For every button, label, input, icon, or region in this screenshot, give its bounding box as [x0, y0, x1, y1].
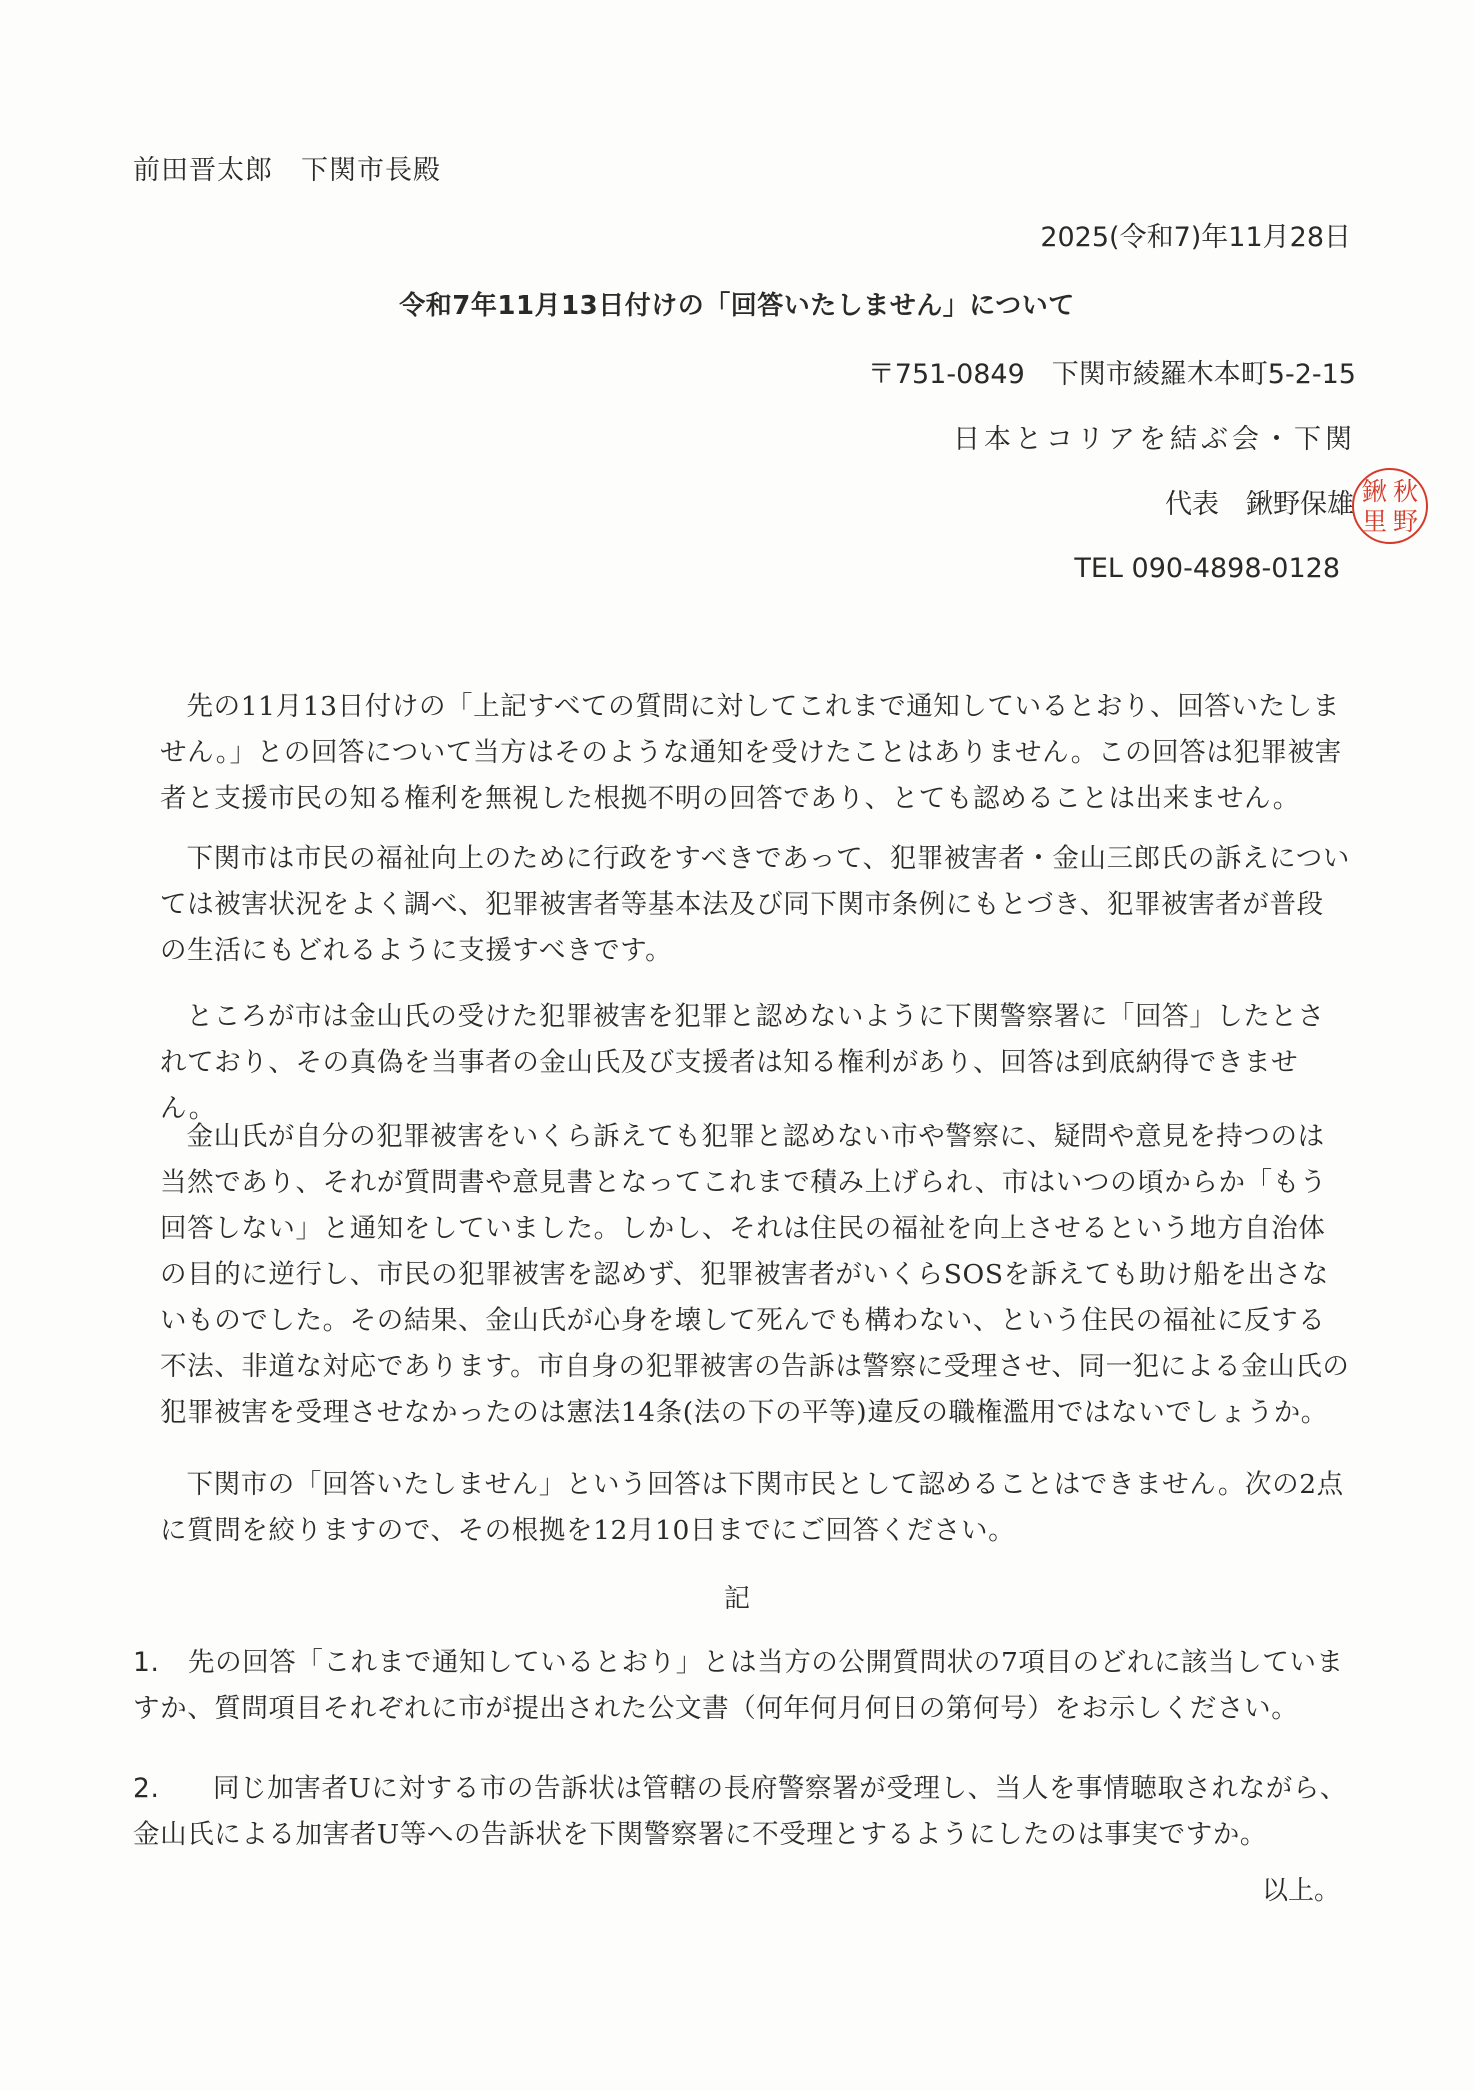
personal-seal-icon: 鍬 秋 里 野 — [1352, 468, 1428, 544]
letter-date: 2025(令和7)年11月28日 — [1040, 215, 1351, 254]
seal-char: 里 — [1359, 506, 1390, 536]
question-number: 1. — [133, 1640, 188, 1686]
body-paragraph-2: 下関市は市民の福祉向上のために行政をすべきであって、犯罪被害者・金山三郎氏の訴え… — [160, 836, 1350, 974]
sender-organization: 日本とコリアを結ぶ会・下関 — [953, 417, 1356, 456]
seal-char: 鍬 — [1359, 476, 1390, 506]
question-number: 2. — [133, 1766, 213, 1812]
paragraph-text: 先の11月13日付けの「上記すべての質問に対してこれまで通知しているとおり、回答… — [160, 684, 1350, 822]
paragraph-text: ところが市は金山氏の受けた犯罪被害を犯罪と認めないように下関警察署に「回答」した… — [160, 994, 1350, 1132]
letter-page: 前田晋太郎 下関市長殿 2025(令和7)年11月28日 令和7年11月13日付… — [0, 0, 1474, 2091]
body-paragraph-3: ところが市は金山氏の受けた犯罪被害を犯罪と認めないように下関警察署に「回答」した… — [160, 994, 1350, 1132]
paragraph-text: 下関市の「回答いたしません」という回答は下関市民として認めることはできません。次… — [160, 1462, 1350, 1554]
ki-heading: 記 — [0, 1578, 1474, 1615]
paragraph-text: 金山氏が自分の犯罪被害をいくら訴えても犯罪と認めない市や警察に、疑問や意見を持つ… — [160, 1114, 1350, 1436]
paragraph-text: 下関市は市民の福祉向上のために行政をすべきであって、犯罪被害者・金山三郎氏の訴え… — [160, 836, 1350, 974]
body-paragraph-1: 先の11月13日付けの「上記すべての質問に対してこれまで通知しているとおり、回答… — [160, 684, 1350, 822]
sender-representative: 代表 鍬野保雄 — [1165, 482, 1354, 521]
question-text: 先の回答「これまで通知しているとおり」とは当方の公開質問状の7項目のどれに該当し… — [133, 1647, 1344, 1724]
letter-subject: 令和7年11月13日付けの「回答いたしません」について — [0, 285, 1474, 322]
seal-char: 野 — [1390, 506, 1421, 536]
sender-phone: TEL 090-4898-0128 — [1074, 553, 1340, 584]
sender-postal-address: 〒751-0849 下関市綾羅木本町5-2-15 — [868, 352, 1356, 391]
question-item-2: 2.同じ加害者Uに対する市の告訴状は管轄の長府警察署が受理し、当人を事情聴取され… — [133, 1766, 1353, 1858]
body-paragraph-4: 金山氏が自分の犯罪被害をいくら訴えても犯罪と認めない市や警察に、疑問や意見を持つ… — [160, 1114, 1350, 1436]
question-text: 同じ加害者Uに対する市の告訴状は管轄の長府警察署が受理し、当人を事情聴取されなが… — [133, 1773, 1347, 1850]
seal-char: 秋 — [1390, 476, 1421, 506]
recipient-line: 前田晋太郎 下関市長殿 — [133, 148, 441, 187]
question-item-1: 1.先の回答「これまで通知しているとおり」とは当方の公開質問状の7項目のどれに該… — [133, 1640, 1353, 1732]
body-paragraph-5: 下関市の「回答いたしません」という回答は下関市民として認めることはできません。次… — [160, 1462, 1350, 1554]
closing-text: 以上。 — [1262, 1870, 1340, 1907]
